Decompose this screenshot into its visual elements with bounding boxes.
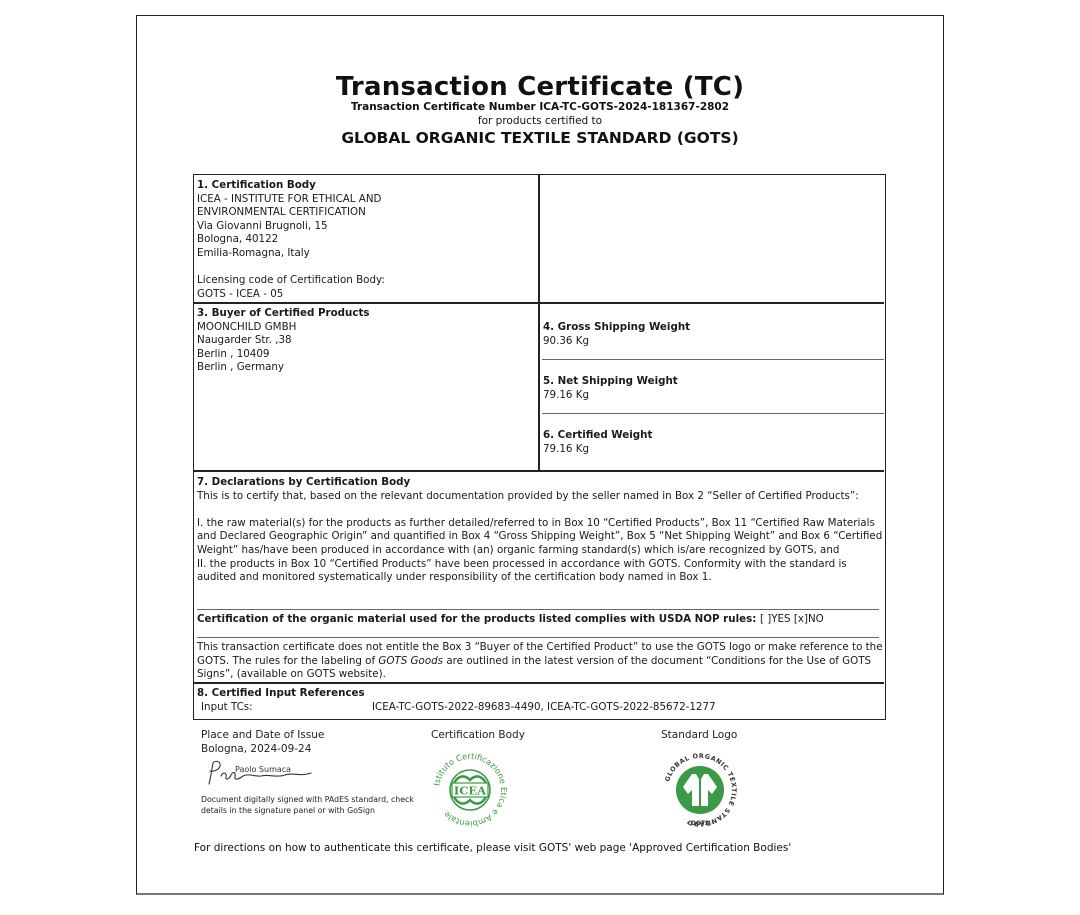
svg-text:ICEA: ICEA xyxy=(454,784,487,798)
box-input-references: 8. Certified Input References Input TCs:… xyxy=(197,687,884,715)
svg-text:· GOTS ·: · GOTS · xyxy=(686,820,713,827)
box-net-weight: 5. Net Shipping Weight 79.16 Kg xyxy=(543,375,883,402)
gross-weight-label: 4. Gross Shipping Weight xyxy=(543,321,883,335)
icea-logo-icon: Istituto Certificazione Etica e Ambienta… xyxy=(430,750,510,830)
net-weight-label: 5. Net Shipping Weight xyxy=(543,375,883,389)
document-title: Transaction Certificate (TC) xyxy=(0,72,1080,102)
declarations-label: 7. Declarations by Certification Body xyxy=(197,476,884,490)
buyer-line: Berlin , 10409 xyxy=(197,348,537,362)
row-divider xyxy=(542,359,884,360)
gross-weight-value: 90.36 Kg xyxy=(543,335,883,349)
authentication-directions: For directions on how to authenticate th… xyxy=(194,842,791,854)
certified-weight-value: 79.16 Kg xyxy=(543,443,883,457)
row-divider xyxy=(194,302,884,304)
standard-logo-label: Standard Logo xyxy=(661,728,737,742)
for-products-text: for products certified to xyxy=(0,115,1080,127)
signer-name: Paolo Sumaca xyxy=(235,765,291,774)
box-certification-body: 1. Certification Body ICEA - INSTITUTE F… xyxy=(197,179,537,301)
box1-label: 1. Certification Body xyxy=(197,179,537,193)
box-2-empty xyxy=(543,179,883,301)
input-tcs-label: Input TCs: xyxy=(201,701,253,715)
row-divider xyxy=(542,413,884,414)
standard-name: GLOBAL ORGANIC TEXTILE STANDARD (GOTS) xyxy=(0,129,1080,147)
usda-nop-statement: Certification of the organic material us… xyxy=(197,613,884,627)
licensing-code: GOTS - ICEA - 05 xyxy=(197,288,537,302)
certified-weight-label: 6. Certified Weight xyxy=(543,429,883,443)
box1-line: Via Giovanni Brugnoli, 15 xyxy=(197,220,537,234)
buyer-line: Naugarder Str. ,38 xyxy=(197,334,537,348)
column-divider xyxy=(538,175,540,471)
box3-label: 3. Buyer of Certified Products xyxy=(197,307,537,321)
box1-line: ICEA - INSTITUTE FOR ETHICAL AND xyxy=(197,193,537,207)
box1-line: ENVIRONMENTAL CERTIFICATION xyxy=(197,206,537,220)
place-date-value: Bologna, 2024-09-24 xyxy=(201,742,324,756)
place-date-block: Place and Date of Issue Bologna, 2024-09… xyxy=(201,728,324,756)
box-certified-weight: 6. Certified Weight 79.16 Kg xyxy=(543,429,883,456)
certificate-table: 1. Certification Body ICEA - INSTITUTE F… xyxy=(193,174,886,720)
tc-number: Transaction Certificate Number ICA-TC-GO… xyxy=(0,101,1080,113)
usda-value: [ ]YES [x]NO xyxy=(760,613,824,625)
row-divider xyxy=(194,682,884,684)
box-declarations: 7. Declarations by Certification Body Th… xyxy=(197,476,884,585)
certification-body-label: Certification Body xyxy=(431,728,525,742)
box-gross-weight: 4. Gross Shipping Weight 90.36 Kg xyxy=(543,321,883,348)
disclaimer-italic: GOTS Goods xyxy=(378,655,443,667)
usda-label: Certification of the organic material us… xyxy=(197,613,756,625)
disclaimer: This transaction certificate does not en… xyxy=(197,641,884,682)
box1-line: Bologna, 40122 xyxy=(197,233,537,247)
buyer-line: Berlin , Germany xyxy=(197,361,537,375)
input-tcs-value: ICEA-TC-GOTS-2022-89683-4490, ICEA-TC-GO… xyxy=(372,701,716,715)
input-references-label: 8. Certified Input References xyxy=(197,687,884,701)
declarations-point-2: II. the products in Box 10 “Certified Pr… xyxy=(197,558,884,585)
declarations-intro: This is to certify that, based on the re… xyxy=(197,490,884,504)
box1-line: Emilia-Romagna, Italy xyxy=(197,247,537,261)
section-separator xyxy=(197,609,879,610)
declarations-point-1: I. the raw material(s) for the products … xyxy=(197,517,884,558)
section-separator xyxy=(197,637,879,638)
buyer-line: MOONCHILD GMBH xyxy=(197,321,537,335)
digital-signature-note: Document digitally signed with PAdES sta… xyxy=(201,794,431,816)
net-weight-value: 79.16 Kg xyxy=(543,389,883,403)
place-date-label: Place and Date of Issue xyxy=(201,728,324,742)
gots-logo-icon: GLOBAL ORGANIC TEXTILE STANDARD · GOTS · xyxy=(662,752,738,828)
box-buyer: 3. Buyer of Certified Products MOONCHILD… xyxy=(197,307,537,375)
licensing-label: Licensing code of Certification Body: xyxy=(197,274,537,288)
row-divider xyxy=(194,470,884,472)
